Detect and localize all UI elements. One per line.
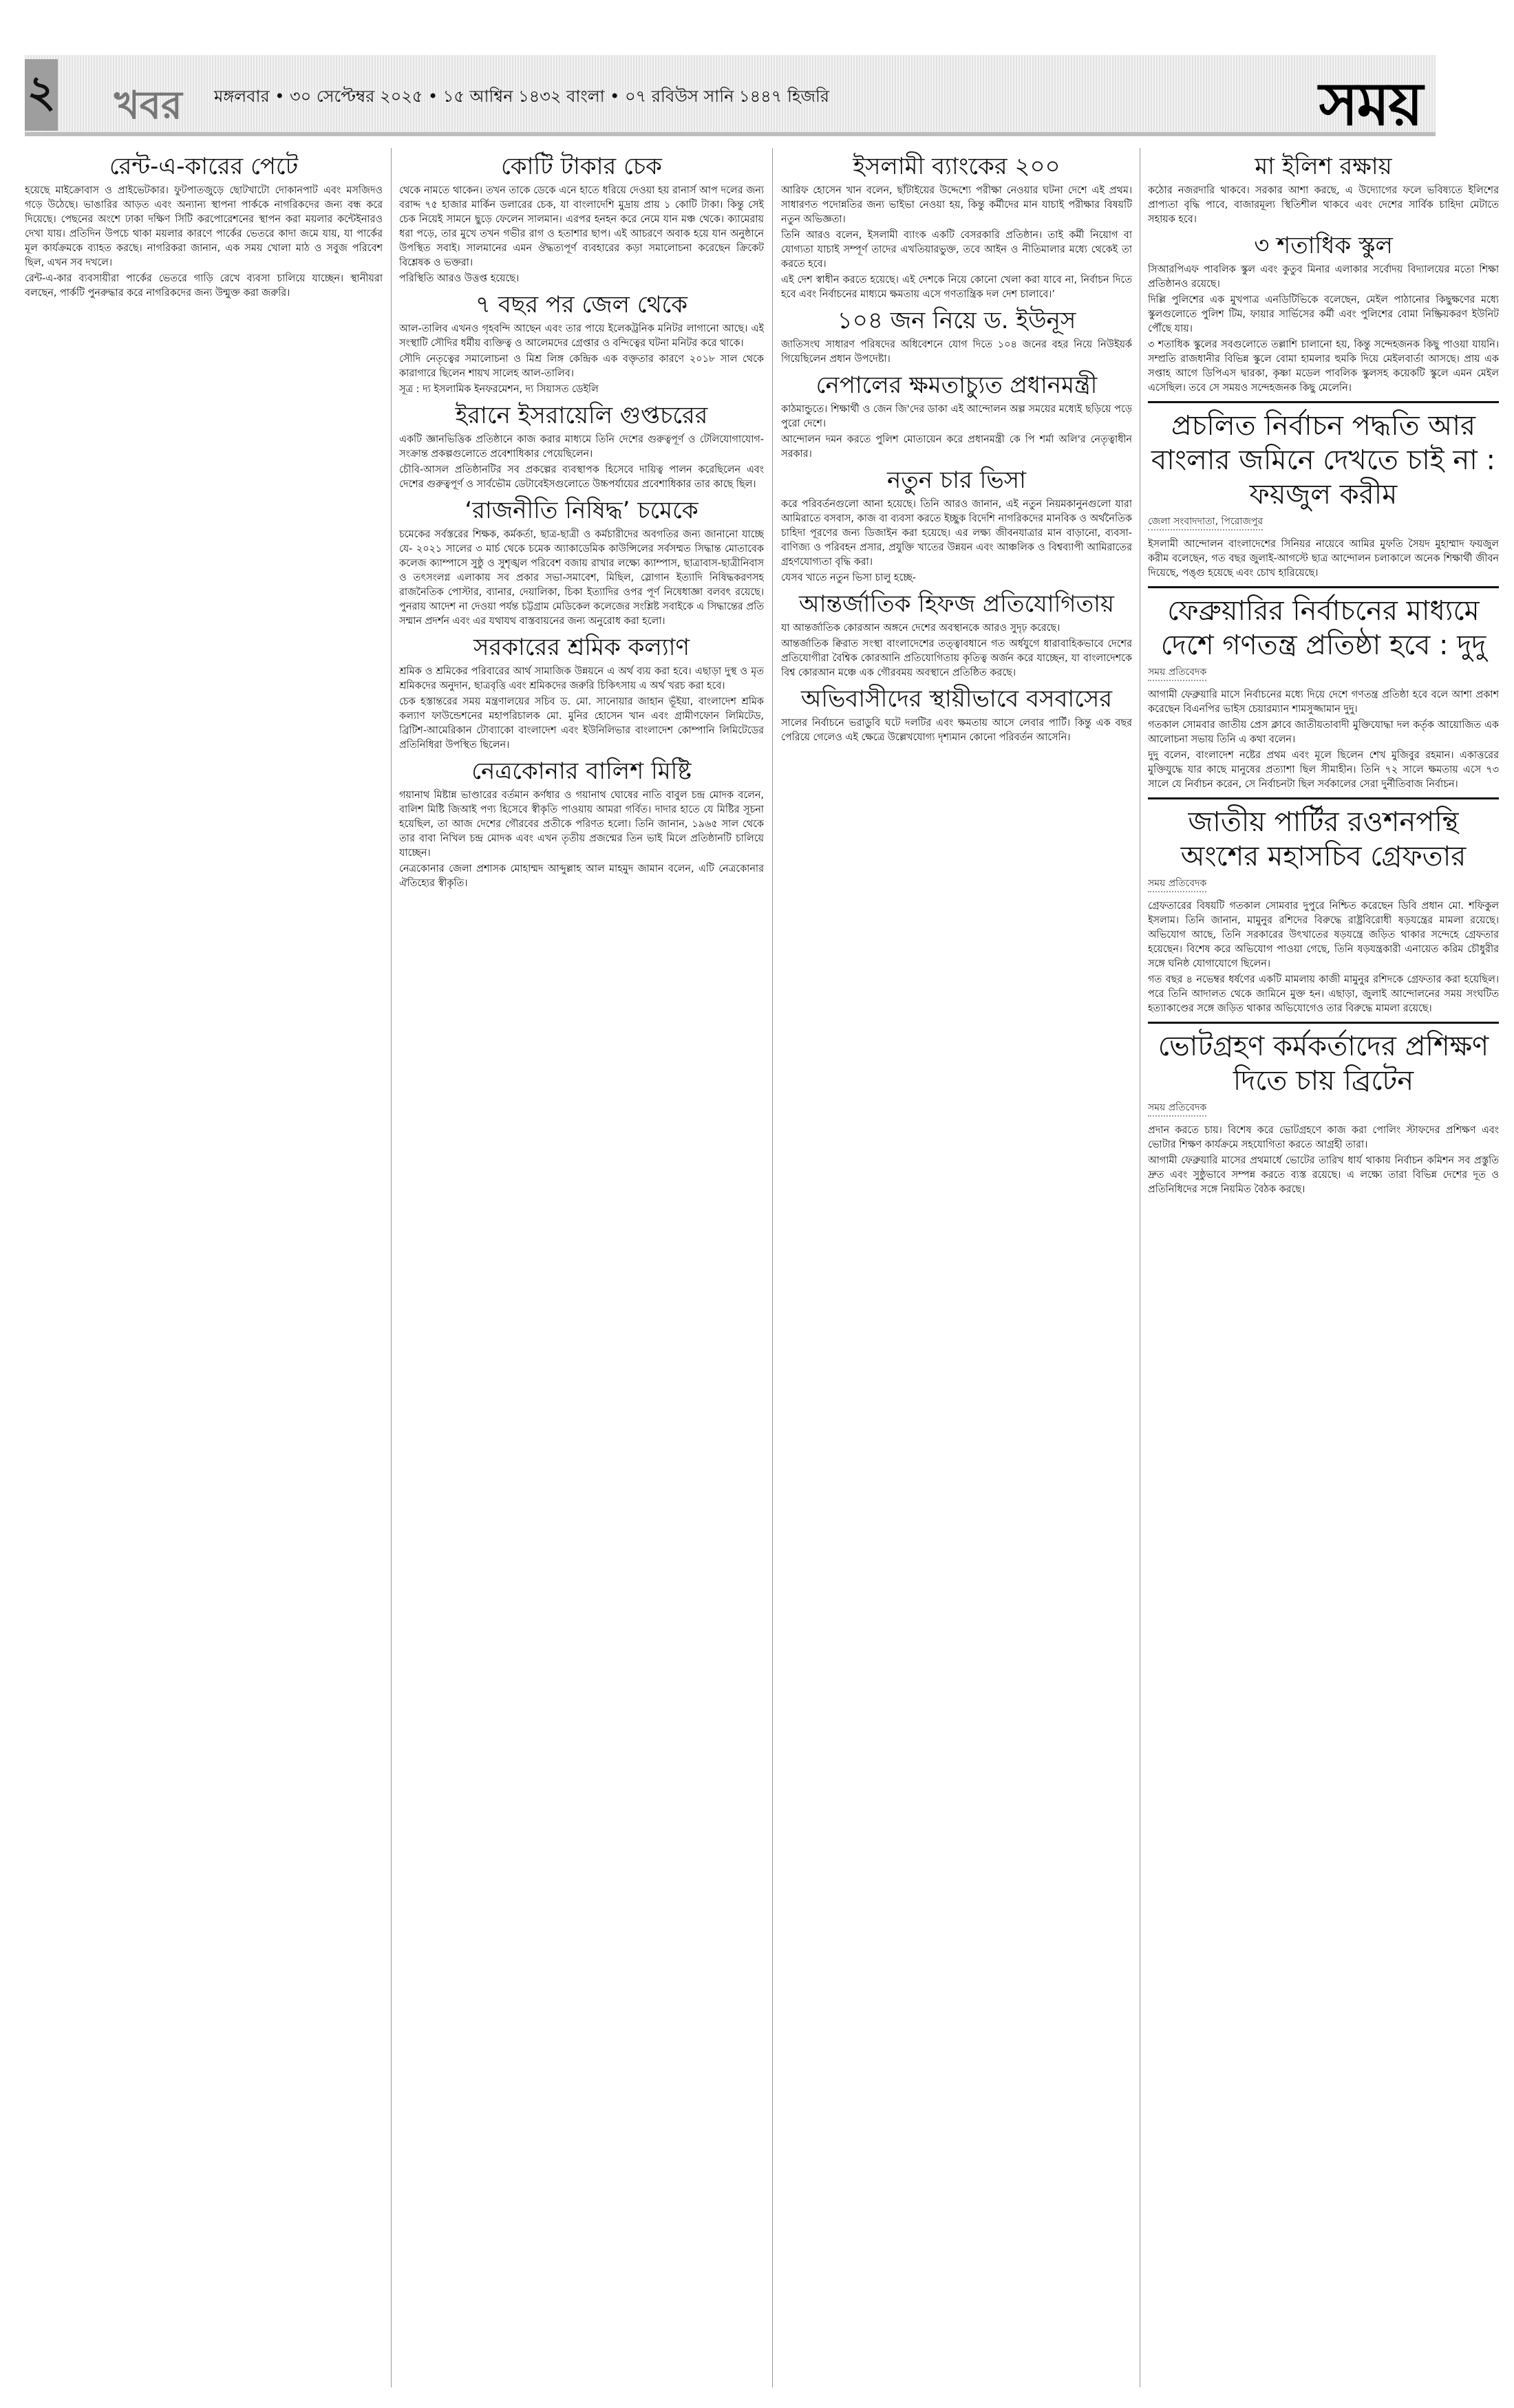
column-3: ইসলামী ব্যাংকের ২০০আরিফ হোসেন খান বলেন, … bbox=[781, 148, 1132, 2394]
headline[interactable]: নতুন চার ভিসা bbox=[781, 466, 1132, 495]
section-rule bbox=[1148, 586, 1499, 588]
headline[interactable]: ৩ শতাধিক স্কুল bbox=[1148, 231, 1499, 260]
article-paragraph: হয়েছে মাইক্রোবাস ও প্রাইভেটকার। ফুটপাতজ… bbox=[25, 184, 383, 270]
article: ৭ বছর পর জেল থেকেআল-তালিব এখনও গৃহবন্দি … bbox=[399, 290, 764, 397]
article-paragraph: চমেকের সর্বস্তরের শিক্ষক, কর্মকর্তা, ছাত… bbox=[399, 528, 764, 629]
article-paragraph: সিআরপিএফ পাবলিক স্কুল এবং কুতুব মিনার এল… bbox=[1148, 263, 1499, 292]
article-paragraph: গয়ানাথ মিষ্টান্ন ভাণ্ডারের বর্তমান কর্ণ… bbox=[399, 788, 764, 861]
article: ইসলামী ব্যাংকের ২০০আরিফ হোসেন খান বলেন, … bbox=[781, 152, 1132, 302]
article-paragraph: প্রদান করতে চায়। বিশেষ করে ভোটগ্রহণে কা… bbox=[1148, 1124, 1499, 1152]
headline[interactable]: কোটি টাকার চেক bbox=[399, 152, 764, 181]
headline[interactable]: ফেব্রুয়ারির নির্বাচনের মাধ্যমে দেশে গণত… bbox=[1148, 594, 1499, 663]
article-paragraph: দিল্লি পুলিশের এক মুখপাত্র এনডিটিভিকে বল… bbox=[1148, 293, 1499, 336]
headline[interactable]: অভিবাসীদের স্থায়ীভাবে বসবাসের bbox=[781, 685, 1132, 713]
article: সরকারের শ্রমিক কল্যাণশ্রমিক ও শ্রমিকের প… bbox=[399, 633, 764, 753]
article: ভোটগ্রহণ কর্মকর্তাদের প্রশিক্ষণ দিতে চায… bbox=[1148, 1022, 1499, 1197]
column-divider bbox=[772, 148, 773, 2387]
headline[interactable]: জাতীয় পার্টির রওশনপন্থি অংশের মহাসচিব গ… bbox=[1148, 805, 1499, 874]
article: আন্তর্জাতিক হিফজ প্রতিযোগিতায়যা আন্তর্জ… bbox=[781, 590, 1132, 680]
headline[interactable]: ইরানে ইসরায়েলি গুপ্তচরের bbox=[399, 401, 764, 430]
headline[interactable]: ইসলামী ব্যাংকের ২০০ bbox=[781, 152, 1132, 181]
article-paragraph: গত বছর ৪ নভেম্বর ধর্ষণের একটি মামলায় কা… bbox=[1148, 973, 1499, 1016]
article-paragraph: গ্রেফতারের বিষয়টি গতকাল সোমবার দুপুরে ন… bbox=[1148, 899, 1499, 971]
article: নেপালের ক্ষমতাচ্যুত প্রধানমন্ত্রীকাঠমান্… bbox=[781, 371, 1132, 462]
article-paragraph: আরিফ হোসেন খান বলেন, ছাঁটাইয়ের উদ্দেশ্য… bbox=[781, 184, 1132, 227]
article-paragraph: চৌবি-আসল প্রতিষ্ঠানটির সব প্রকল্পের ব্যব… bbox=[399, 463, 764, 492]
article: ৩ শতাধিক স্কুলসিআরপিএফ পাবলিক স্কুল এবং … bbox=[1148, 231, 1499, 396]
article: নতুন চার ভিসাকরে পরিবর্তনগুলো আনা হয়েছে… bbox=[781, 466, 1132, 585]
column-4: মা ইলিশ রক্ষায়কঠোর নজরদারি থাকবে। সরকার… bbox=[1148, 148, 1499, 2394]
article-paragraph: এই দেশ স্বাধীন করতে হয়েছে। এই দেশকে নিয… bbox=[781, 273, 1132, 302]
article-paragraph: শ্রমিক ও শ্রমিকের পরিবারের আর্থ সামাজিক … bbox=[399, 665, 764, 694]
article-paragraph: জাতিসংঘ সাধারণ পরিষদের অধিবেশনে যোগ দিতে… bbox=[781, 338, 1132, 367]
article: ফেব্রুয়ারির নির্বাচনের মাধ্যমে দেশে গণত… bbox=[1148, 586, 1499, 792]
article: কোটি টাকার চেকথেকে নামতে থাকেন। তখন তাকে… bbox=[399, 152, 764, 286]
column-1: রেন্ট-এ-কারের পেটেহয়েছে মাইক্রোবাস ও প্… bbox=[25, 148, 383, 2394]
headline[interactable]: ৭ বছর পর জেল থেকে bbox=[399, 290, 764, 319]
headline[interactable]: নেত্রকোনার বালিশ মিষ্টি bbox=[399, 757, 764, 786]
section-rule bbox=[1148, 797, 1499, 799]
article: মা ইলিশ রক্ষায়কঠোর নজরদারি থাকবে। সরকার… bbox=[1148, 152, 1499, 227]
newspaper-logo: সময় bbox=[1319, 59, 1422, 158]
headline[interactable]: নেপালের ক্ষমতাচ্যুত প্রধানমন্ত্রী bbox=[781, 371, 1132, 400]
article: জাতীয় পার্টির রওশনপন্থি অংশের মহাসচিব গ… bbox=[1148, 797, 1499, 1016]
article: প্রচলিত নির্বাচন পদ্ধতি আর বাংলার জমিনে … bbox=[1148, 401, 1499, 581]
article-paragraph: সালের নির্বাচনে ভরাডুবি ঘটে দলটির এবং ক্… bbox=[781, 716, 1132, 745]
article-paragraph: থেকে নামতে থাকেন। তখন তাকে ডেকে এনে হাতে… bbox=[399, 184, 764, 270]
section-rule bbox=[1148, 1022, 1499, 1024]
headline[interactable]: ভোটগ্রহণ কর্মকর্তাদের প্রশিক্ষণ দিতে চায… bbox=[1148, 1029, 1499, 1098]
column-divider bbox=[1140, 148, 1140, 2387]
byline: সময় প্রতিবেদক bbox=[1148, 877, 1206, 892]
article: ‘রাজনীতি নিষিদ্ধ’ চমেকেচমেকের সর্বস্তরের… bbox=[399, 496, 764, 629]
article-paragraph: সূত্র : দ্য ইসলামিক ইনফরমেশন, দ্য সিয়াস… bbox=[399, 383, 764, 397]
article-paragraph: আন্দোলন দমন করতে পুলিশ মোতায়েন করে প্রধ… bbox=[781, 433, 1132, 462]
article-paragraph: তিনি আরও বলেন, ইসলামী ব্যাংক একটি বেসরকা… bbox=[781, 228, 1132, 272]
masthead: ২ খবর মঙ্গলবার • ৩০ সেপ্টেম্বর ২০২৫ • ১৫… bbox=[25, 55, 1436, 136]
article-paragraph: যেসব খাতে নতুন ভিসা চালু হচ্ছে- bbox=[781, 571, 1132, 585]
article-paragraph: আগামী ফেব্রুয়ারি মাসে নির্বাচনের মধ্যে … bbox=[1148, 688, 1499, 717]
article-paragraph: আন্তর্জাতিক ক্বিরাত সংস্থা বাংলাদেশের তত… bbox=[781, 637, 1132, 680]
headline[interactable]: সরকারের শ্রমিক কল্যাণ bbox=[399, 633, 764, 662]
article: রেন্ট-এ-কারের পেটেহয়েছে মাইক্রোবাস ও প্… bbox=[25, 152, 383, 301]
article: ইরানে ইসরায়েলি গুপ্তচরেরএকটি জ্ঞানভিত্ত… bbox=[399, 401, 764, 492]
byline: জেলা সংবাদদাতা, পিরোজপুর bbox=[1148, 515, 1263, 530]
article-paragraph: কাঠমান্ডুতে। শিক্ষার্থী ও জেন জি'দের ডাক… bbox=[781, 402, 1132, 431]
column-divider bbox=[391, 148, 392, 2387]
article: অভিবাসীদের স্থায়ীভাবে বসবাসেরসালের নির্… bbox=[781, 685, 1132, 745]
headline[interactable]: ১০৪ জন নিয়ে ড. ইউনূস bbox=[781, 306, 1132, 335]
article-paragraph: সৌদি নেতৃত্বের সমালোচনা ও মিশ্র লিঙ্গ কে… bbox=[399, 352, 764, 381]
article: ১০৪ জন নিয়ে ড. ইউনূসজাতিসংঘ সাধারণ পরিষ… bbox=[781, 306, 1132, 367]
page-number: ২ bbox=[25, 59, 58, 131]
article-paragraph: পরিস্থিতি আরও উত্তপ্ত হয়েছে। bbox=[399, 272, 764, 286]
column-2: কোটি টাকার চেকথেকে নামতে থাকেন। তখন তাকে… bbox=[399, 148, 764, 2394]
article-paragraph: চেক হস্তান্তরের সময় মন্ত্রণালয়ের সচিব … bbox=[399, 695, 764, 753]
article-paragraph: একটি জ্ঞানভিত্তিক প্রতিষ্ঠানে কাজ করার ম… bbox=[399, 433, 764, 462]
byline: সময় প্রতিবেদক bbox=[1148, 1101, 1206, 1117]
article-paragraph: ইসলামী আন্দোলন বাংলাদেশের সিনিয়র নায়েব… bbox=[1148, 537, 1499, 581]
headline[interactable]: প্রচলিত নির্বাচন পদ্ধতি আর বাংলার জমিনে … bbox=[1148, 409, 1499, 512]
article-paragraph: কঠোর নজরদারি থাকবে। সরকার আশা করছে, এ উদ… bbox=[1148, 184, 1499, 227]
byline: সময় প্রতিবেদক bbox=[1148, 665, 1206, 681]
article-paragraph: নেত্রকোনার জেলা প্রশাসক মোহাম্মদ আব্দুল্… bbox=[399, 862, 764, 891]
article-paragraph: ৩ শতাধিক স্কুলের সবগুলোতে তল্লাশি চালানো… bbox=[1148, 338, 1499, 396]
headline[interactable]: মা ইলিশ রক্ষায় bbox=[1148, 152, 1499, 181]
headline[interactable]: আন্তর্জাতিক হিফজ প্রতিযোগিতায় bbox=[781, 590, 1132, 619]
article-paragraph: গতকাল সোমবার জাতীয় প্রেস ক্লাবে জাতীয়ত… bbox=[1148, 718, 1499, 747]
headline[interactable]: রেন্ট-এ-কারের পেটে bbox=[25, 152, 383, 181]
article-paragraph: রেন্ট-এ-কার ব্যবসায়ীরা পার্কের ভেতরে গা… bbox=[25, 272, 383, 301]
section-title: খবর bbox=[114, 76, 182, 140]
article-paragraph: আগামী ফেব্রুয়ারি মাসের প্রথমার্ধে ভোটের… bbox=[1148, 1154, 1499, 1197]
article: নেত্রকোনার বালিশ মিষ্টিগয়ানাথ মিষ্টান্ন… bbox=[399, 757, 764, 891]
article-paragraph: করে পরিবর্তনগুলো আনা হয়েছে। তিনি আরও জা… bbox=[781, 497, 1132, 570]
section-rule bbox=[1148, 401, 1499, 403]
headline[interactable]: ‘রাজনীতি নিষিদ্ধ’ চমেকে bbox=[399, 496, 764, 525]
dateline: মঙ্গলবার • ৩০ সেপ্টেম্বর ২০২৫ • ১৫ আশ্বি… bbox=[214, 84, 829, 111]
article-paragraph: আল-তালিব এখনও গৃহবন্দি আছেন এবং তার পায়… bbox=[399, 322, 764, 351]
article-paragraph: দুদু বলেন, বাংলাদেশ নষ্টের প্রথম এবং মূল… bbox=[1148, 749, 1499, 792]
article-paragraph: যা আন্তর্জাতিক কোরআন অঙ্গনে দেশের অবস্থা… bbox=[781, 621, 1132, 636]
